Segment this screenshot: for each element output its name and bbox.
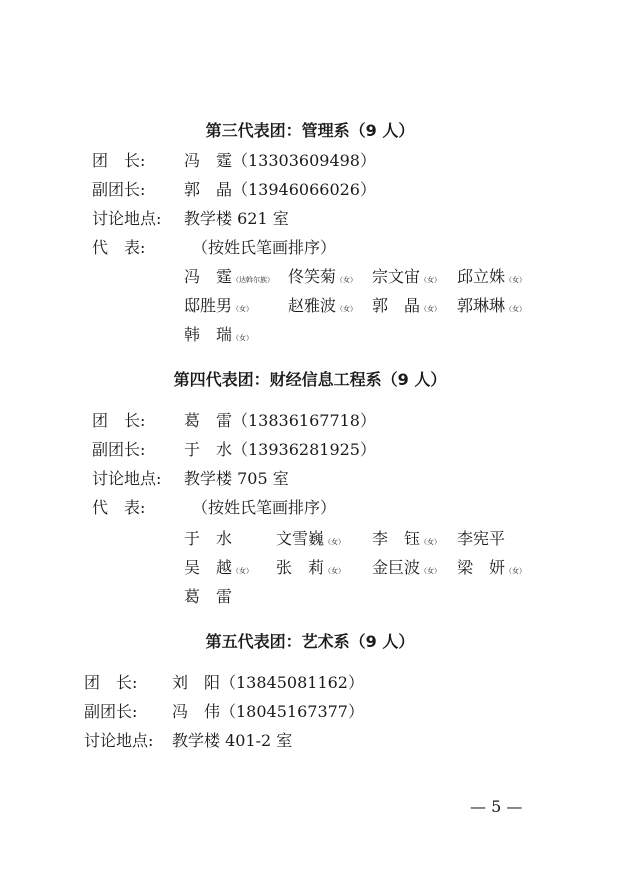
member: 郭 晶（女） (372, 293, 441, 316)
member: 冯 霆（达斡尔族） (184, 264, 274, 287)
reps-row: 代 表: （按姓氏笔画排序） (92, 495, 145, 518)
section-title: 第四代表团：财经信息工程系（9 人） (0, 367, 620, 390)
location-row: 讨论地点: 教学楼 621 室 (92, 206, 161, 229)
deputy-row: 副团长: 冯 伟（18045167377） (84, 699, 137, 722)
member: 文雪巍（女） (276, 526, 345, 549)
location-value: 教学楼 705 室 (184, 466, 289, 489)
section-title: 第五代表团：艺术系（9 人） (0, 629, 620, 652)
location-label: 讨论地点: (84, 728, 153, 751)
section-title: 第三代表团：管理系（9 人） (0, 118, 620, 141)
location-row: 讨论地点: 教学楼 705 室 (92, 466, 161, 489)
leader-value: 冯 霆（13303609498） (184, 148, 376, 171)
leader-row: 团 长: 冯 霆（13303609498） (92, 148, 145, 171)
member: 宗文宙（女） (372, 264, 441, 287)
member: 于 水 (184, 526, 232, 549)
member: 郭琳琳（女） (457, 293, 526, 316)
member: 金巨波（女） (372, 555, 441, 578)
deputy-value: 冯 伟（18045167377） (172, 699, 364, 722)
leader-row: 团 长: 刘 阳（13845081162） (84, 670, 137, 693)
location-label: 讨论地点: (92, 466, 161, 489)
leader-label: 团 长: (84, 670, 137, 693)
member: 赵雅波（女） (288, 293, 357, 316)
deputy-label: 副团长: (92, 177, 145, 200)
location-value: 教学楼 621 室 (184, 206, 289, 229)
member: 梁 妍（女） (457, 555, 526, 578)
reps-note: （按姓氏笔画排序） (192, 235, 336, 258)
page-number: — 5 — (470, 797, 522, 816)
reps-row: 代 表: （按姓氏笔画排序） (92, 235, 145, 258)
member: 吴 越（女） (184, 555, 253, 578)
reps-note: （按姓氏笔画排序） (192, 495, 336, 518)
location-label: 讨论地点: (92, 206, 161, 229)
leader-value: 葛 雷（13836167718） (184, 408, 376, 431)
leader-label: 团 长: (92, 148, 145, 171)
member: 李宪平 (457, 526, 505, 549)
deputy-value: 于 水（13936281925） (184, 437, 376, 460)
deputy-label: 副团长: (92, 437, 145, 460)
member: 张 莉（女） (276, 555, 345, 578)
member: 邸胜男（女） (184, 293, 253, 316)
member: 邱立姝（女） (457, 264, 526, 287)
member: 葛 雷 (184, 584, 232, 607)
deputy-label: 副团长: (84, 699, 137, 722)
deputy-row: 副团长: 郭 晶（13946066026） (92, 177, 145, 200)
member: 李 钰（女） (372, 526, 441, 549)
member: 韩 瑞（女） (184, 322, 253, 345)
deputy-row: 副团长: 于 水（13936281925） (92, 437, 145, 460)
leader-label: 团 长: (92, 408, 145, 431)
location-row: 讨论地点: 教学楼 401-2 室 (84, 728, 153, 751)
reps-label: 代 表: (92, 495, 145, 518)
deputy-value: 郭 晶（13946066026） (184, 177, 376, 200)
leader-value: 刘 阳（13845081162） (172, 670, 364, 693)
member: 佟笑菊（女） (288, 264, 357, 287)
leader-row: 团 长: 葛 雷（13836167718） (92, 408, 145, 431)
location-value: 教学楼 401-2 室 (172, 728, 292, 751)
reps-label: 代 表: (92, 235, 145, 258)
